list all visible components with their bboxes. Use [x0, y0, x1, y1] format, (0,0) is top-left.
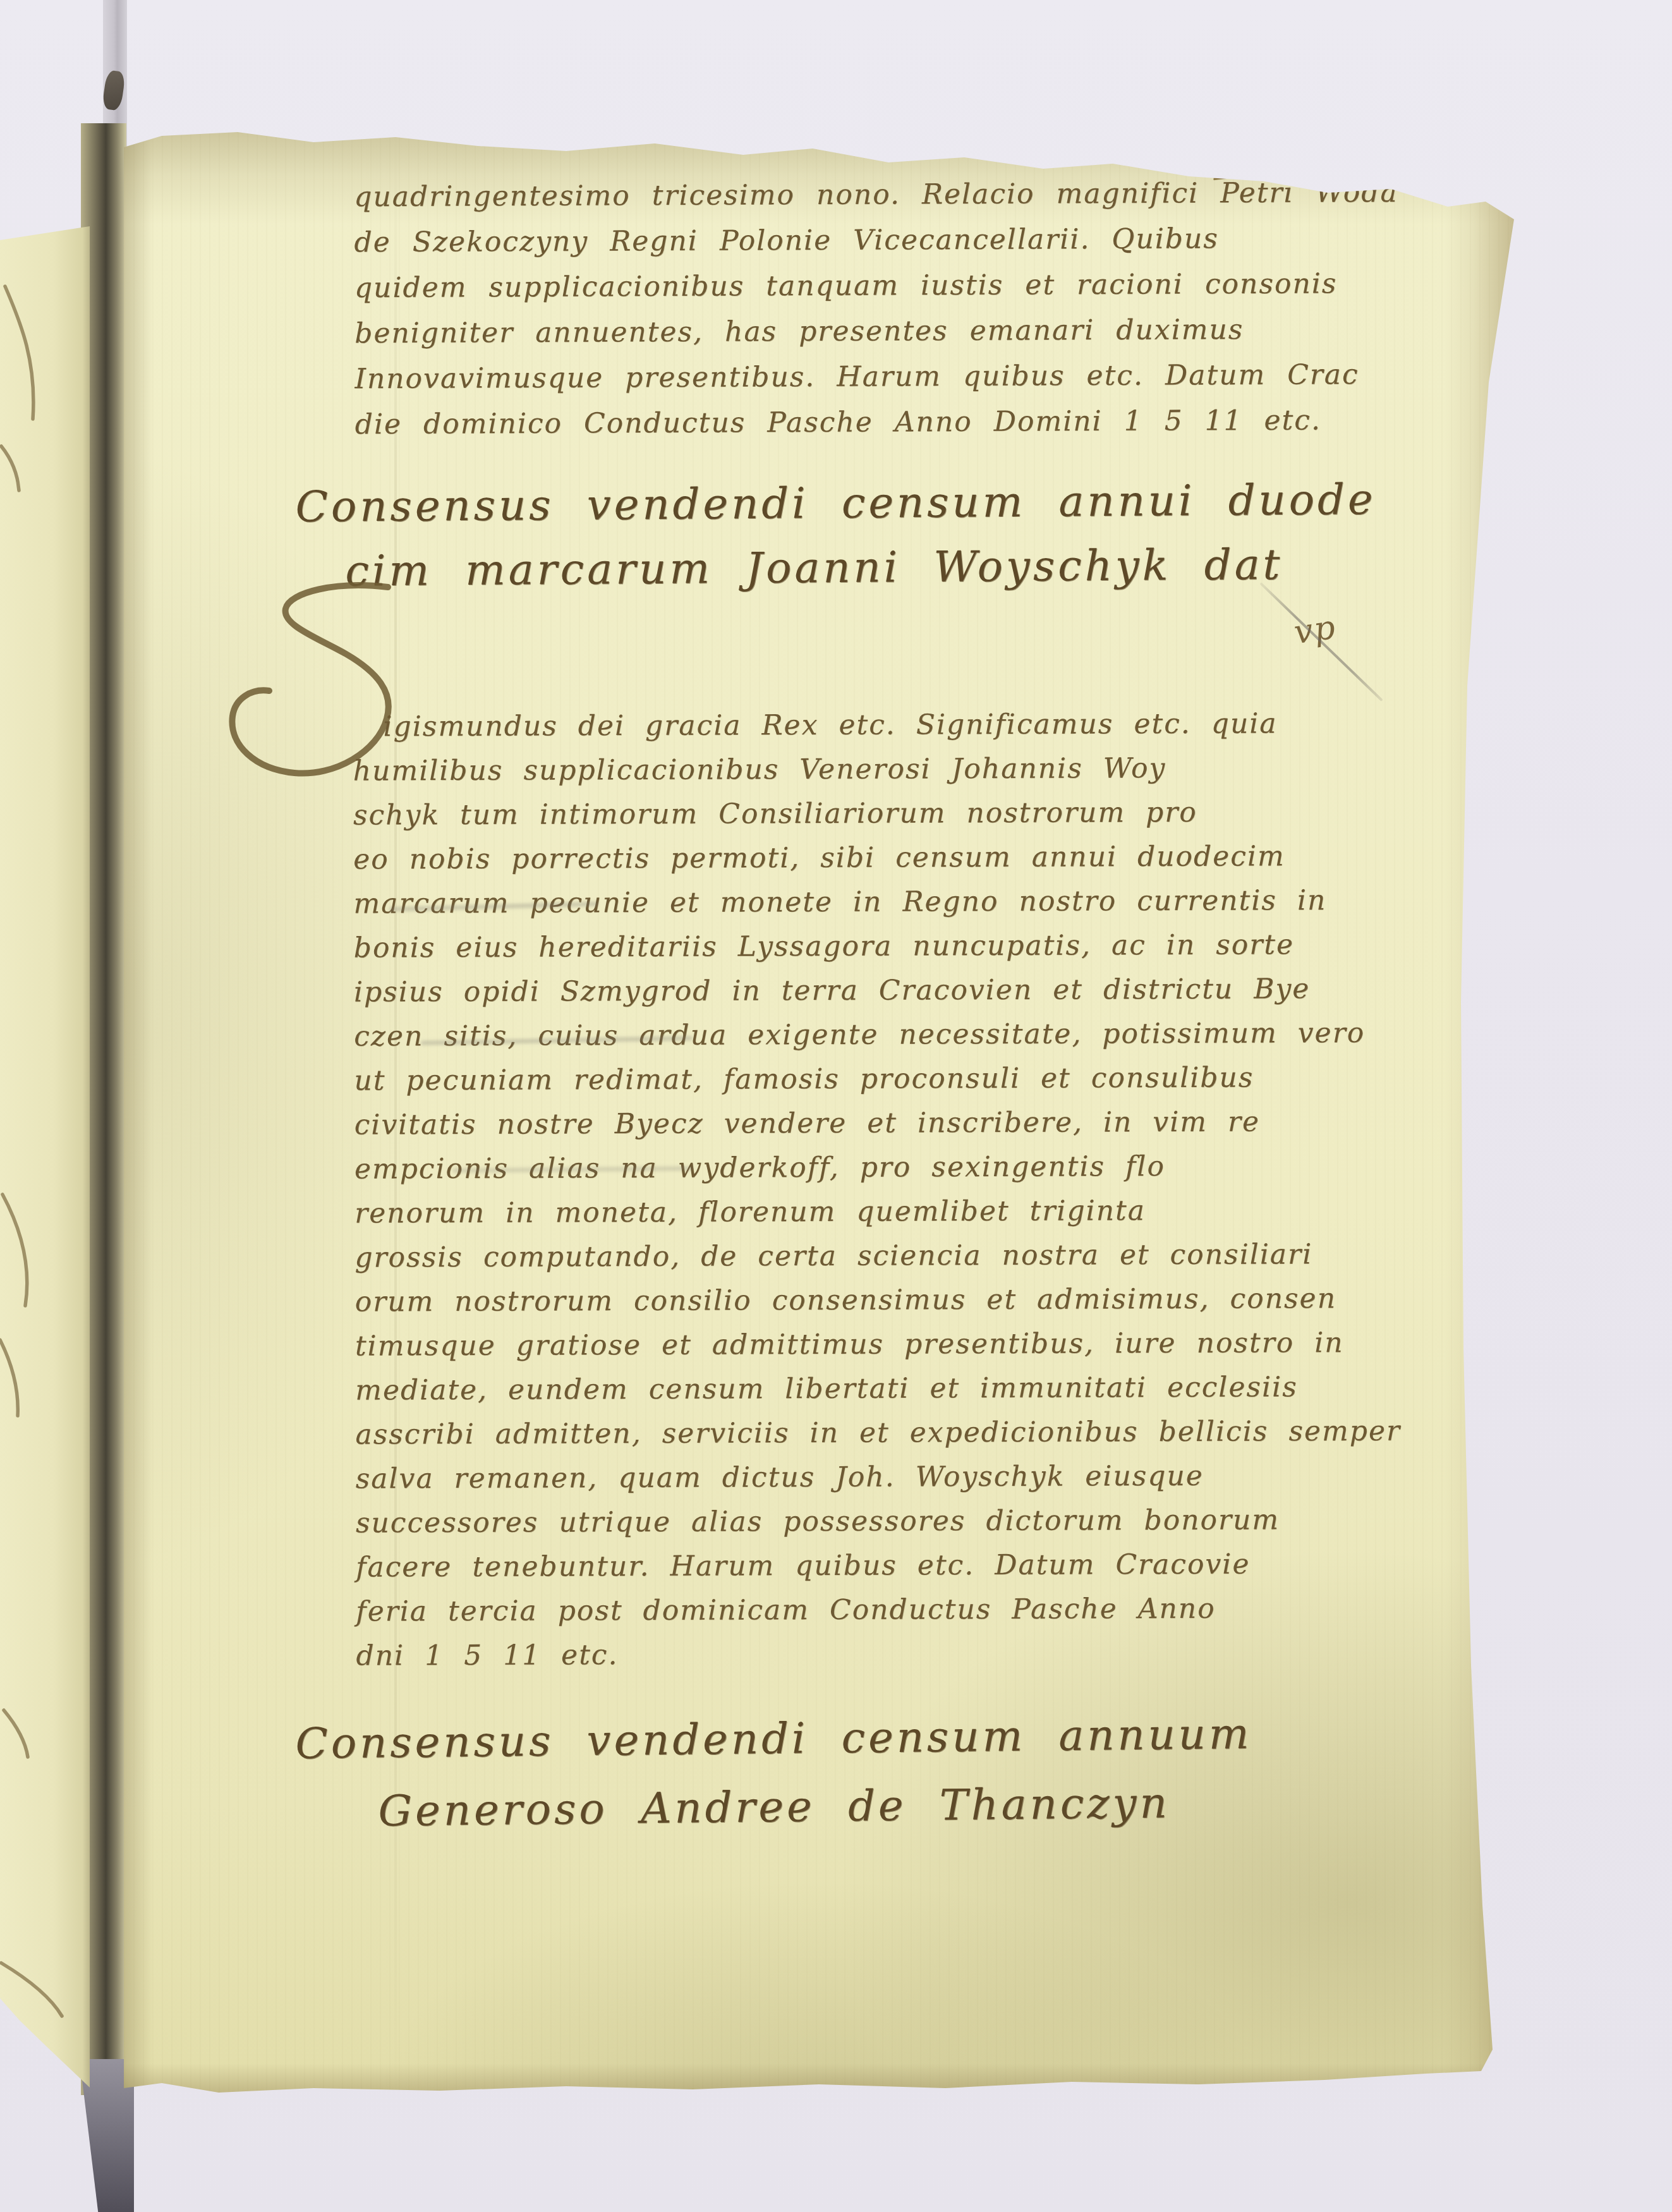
- text-line: ut pecuniam redimat, famosis proconsuli …: [354, 1055, 1270, 1103]
- text-line: salva remanen, quam dictus Joh. Woyschyk…: [355, 1454, 1271, 1501]
- page-right-edge-shading: [1445, 117, 1514, 2101]
- text-line: Generoso Andree de Thanczyn: [378, 1768, 1253, 1845]
- text-line: civitatis nostre Byecz vendere et inscri…: [354, 1100, 1271, 1147]
- text-line: Innovavimusque presentibus. Harum quibus…: [354, 353, 1271, 402]
- margin-mark: vp: [1292, 609, 1338, 652]
- text-line: die dominico Conductus Pasche Anno Domin…: [355, 398, 1271, 447]
- facing-page-ink-marks: [0, 226, 90, 2087]
- text-line: quidem supplicacionibus tanquam iustis e…: [354, 262, 1271, 311]
- manuscript-page: 43 quadringentesimo tricesimo nono. Rela…: [124, 117, 1514, 2101]
- heading-consensus-thanczyn: Consensus vendendi censum annuumGeneroso…: [295, 1699, 1253, 1846]
- holder-clip-shadow: [102, 70, 126, 111]
- text-line: humilibus supplicacionibus Venerosi Joha…: [353, 746, 1269, 793]
- page-left-edge-shading: [124, 117, 153, 2101]
- page-bottom-edge-shading: [124, 2063, 1514, 2101]
- scan-background: 43 quadringentesimo tricesimo nono. Rela…: [0, 0, 1672, 2212]
- intro-paragraph: quadringentesimo tricesimo nono. Relacio…: [354, 171, 1271, 447]
- heading-consensus-woyschyk: Consensus vendendi censum annui duodecim…: [295, 467, 1376, 604]
- text-line: mediate, eundem censum libertati et immu…: [355, 1365, 1271, 1413]
- record-paragraph: igismundus dei gracia Rex etc. Significa…: [353, 702, 1272, 1678]
- text-line: igismundus dei gracia Rex etc. Significa…: [383, 702, 1269, 749]
- text-line: feria tercia post dominicam Conductus Pa…: [356, 1586, 1272, 1634]
- text-line: ipsius opidi Szmygrod in terra Cracovien…: [354, 967, 1270, 1014]
- text-line: timusque gratiose et admittimus presenti…: [355, 1321, 1271, 1368]
- text-line: dni 1 5 11 etc.: [356, 1631, 1272, 1678]
- text-line: cim marcarum Joanni Woyschyk dat: [345, 532, 1377, 603]
- text-line: marcarum pecunie et monete in Regno nost…: [353, 878, 1269, 926]
- text-line: quadringentesimo tricesimo nono. Relacio…: [354, 171, 1270, 220]
- text-line: benigniter annuentes, has presentes eman…: [354, 307, 1271, 356]
- text-line: successores utrique alias possessores di…: [356, 1498, 1272, 1545]
- text-line: asscribi admitten, serviciis in et exped…: [355, 1409, 1271, 1457]
- text-line: Consensus vendendi censum annuum: [295, 1699, 1252, 1778]
- text-line: grossis computando, de certa sciencia no…: [354, 1232, 1271, 1280]
- facing-page-edge: [0, 226, 90, 2087]
- pencil-scratch-line: [1259, 582, 1383, 702]
- text-line: renorum in moneta, florenum quemlibet tr…: [354, 1188, 1271, 1236]
- text-line: Consensus vendendi censum annui duode: [295, 467, 1376, 539]
- text-line: eo nobis porrectis permoti, sibi censum …: [353, 834, 1269, 882]
- text-line: bonis eius hereditariis Lyssagora nuncup…: [354, 923, 1270, 970]
- text-line: facere tenebuntur. Harum quibus etc. Dat…: [356, 1542, 1272, 1589]
- text-line: orum nostrorum consilio consensimus et a…: [354, 1277, 1271, 1324]
- text-line: de Szekoczyny Regni Polonie Vicecancella…: [354, 216, 1270, 265]
- text-line: schyk tum intimorum Consiliariorum nostr…: [353, 790, 1269, 837]
- text-line: czen sitis, cuius ardua exigente necessi…: [354, 1011, 1270, 1059]
